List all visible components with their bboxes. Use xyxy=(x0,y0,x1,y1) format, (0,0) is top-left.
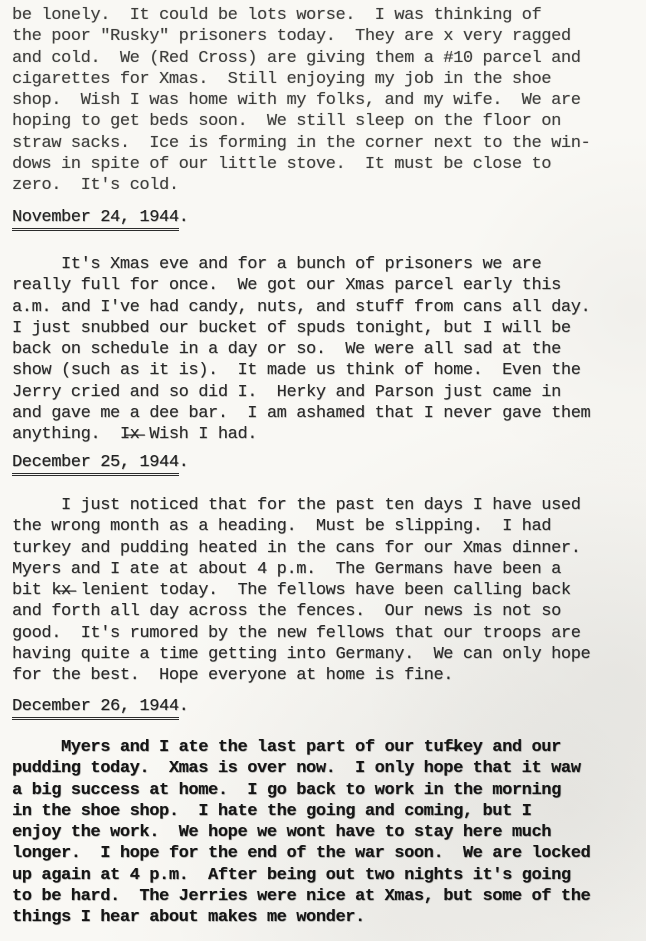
diary-paragraph-december-26: Myers and I ate the last part of our tuf… xyxy=(12,737,636,929)
diary-paragraph-november-24: It's Xmas eve and for a bunch of prisone… xyxy=(12,254,636,446)
entry-date: December 25, 1944 xyxy=(12,453,179,476)
entry-heading-november-24: November 24, 1944. xyxy=(12,207,636,228)
diary-paragraph-continuation: be lonely. It could be lots worse. I was… xyxy=(12,5,636,197)
diary-page-scan: be lonely. It could be lots worse. I was… xyxy=(0,0,646,941)
diary-paragraph-december-25: I just noticed that for the past ten day… xyxy=(12,495,636,687)
entry-date: November 24, 1944 xyxy=(12,208,179,231)
entry-date: December 26, 1944 xyxy=(12,697,179,720)
heading-period: . xyxy=(179,697,189,716)
entry-heading-december-25: December 25, 1944. xyxy=(12,452,636,473)
heading-period: . xyxy=(179,453,189,472)
heading-period: . xyxy=(179,208,189,227)
entry-heading-december-26: December 26, 1944. xyxy=(12,696,636,717)
